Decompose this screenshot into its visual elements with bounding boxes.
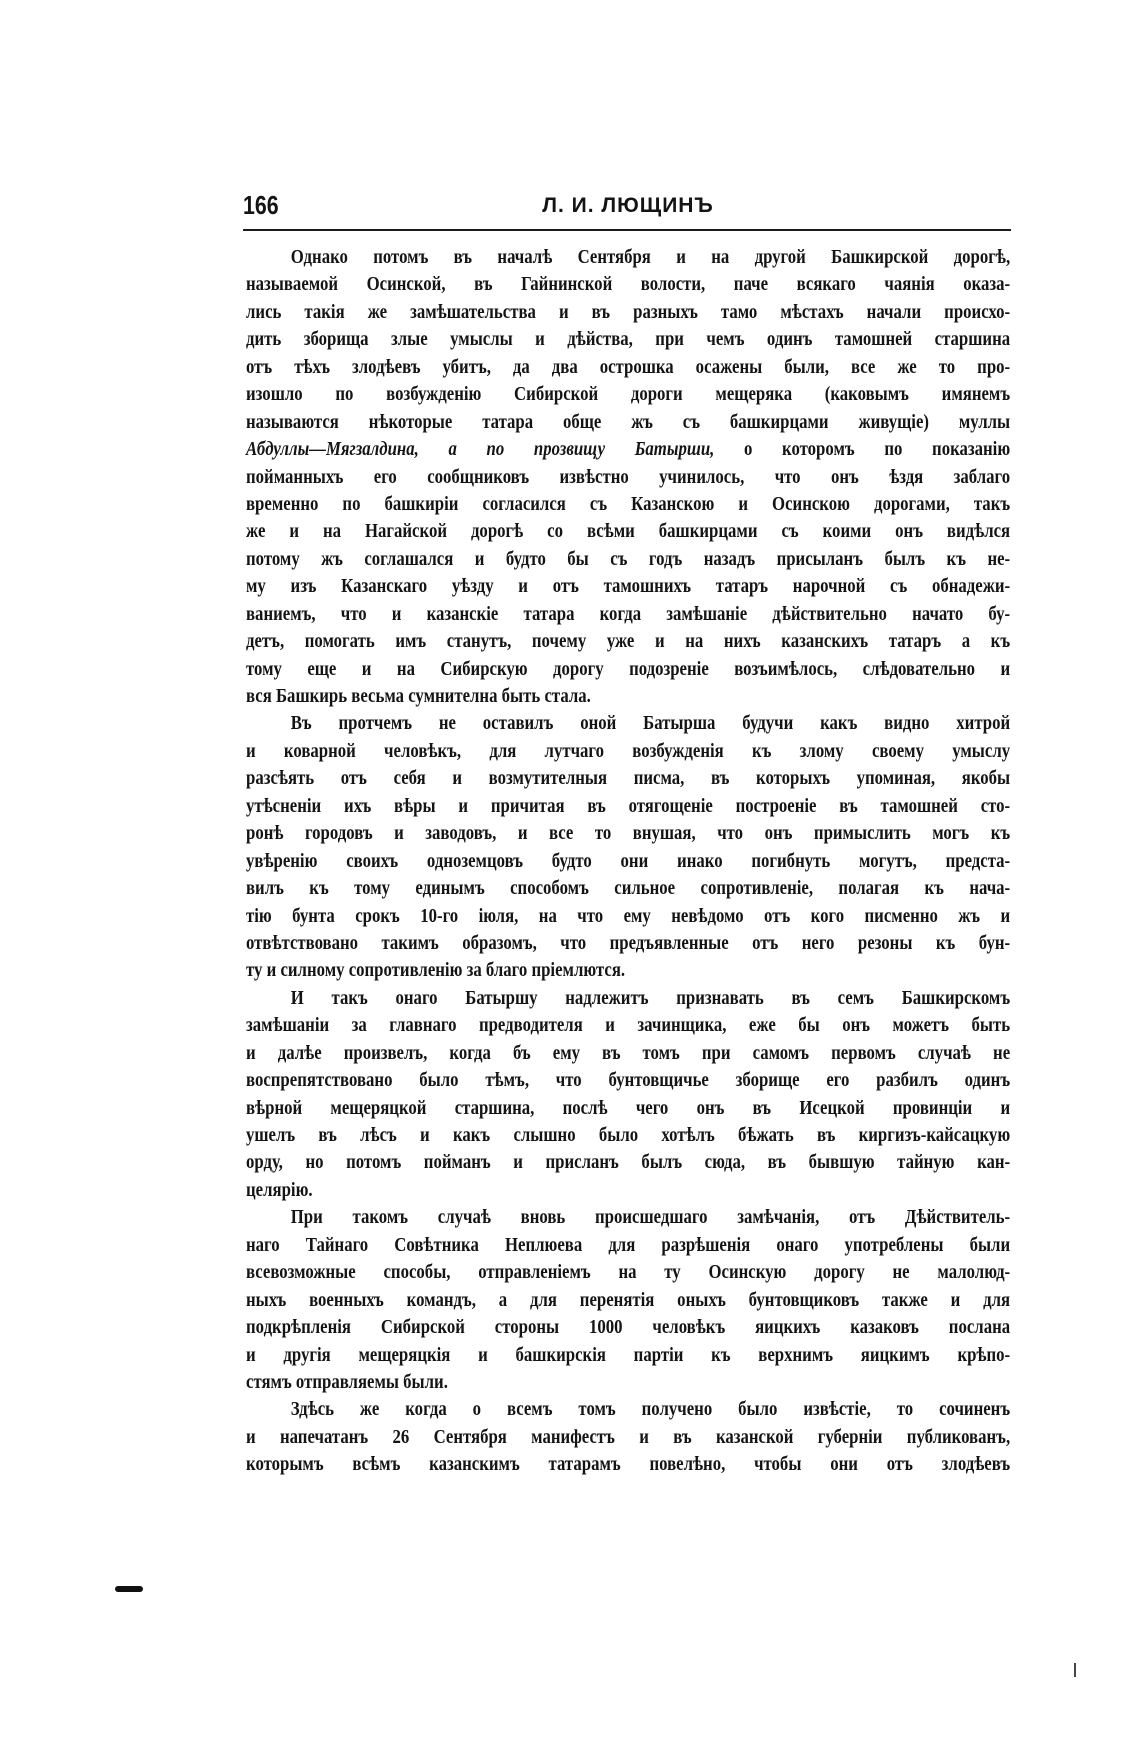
text-line: Однако потомъ въ началѣ Сентября и на др…: [246, 244, 1010, 271]
scan-mark: [1074, 1663, 1076, 1677]
text-line: и коварной человѣкъ, для лутчаго возбужд…: [246, 738, 1010, 765]
text-line: При такомъ случаѣ вновь происшедшаго зам…: [246, 1204, 1010, 1231]
text-line: отвѣтствовано такимъ образомъ, что предъ…: [246, 930, 1010, 957]
text-line: вилъ къ тому единымъ способомъ сильное с…: [246, 875, 1010, 902]
text-line: Въ протчемъ не оставилъ оной Батырша буд…: [246, 710, 1010, 737]
text-line: и напечатанъ 26 Сентября манифестъ и въ …: [246, 1424, 1010, 1451]
text-line: потому жъ соглашался и будто бы съ годъ …: [246, 546, 1010, 573]
text-line: разсѣять отъ себя и возмутителныя писма,…: [246, 765, 1010, 792]
text-line: отъ тѣхъ злодѣевъ убитъ, да два острошка…: [246, 354, 1010, 381]
text-line: временно по башкиріи согласился съ Казан…: [246, 491, 1010, 518]
text-line: орду, но потомъ пойманъ и присланъ былъ …: [246, 1149, 1010, 1176]
text-line: всевозможные способы, отправленіемъ на т…: [246, 1259, 1010, 1286]
text-line: ту и силному сопротивленію за благо пріе…: [246, 957, 1010, 984]
text-line: И такъ онаго Батыршу надлежитъ признават…: [246, 985, 1010, 1012]
text-line: же и на Нагайской дорогѣ со всѣми башкир…: [246, 518, 1010, 545]
scan-mark: [115, 1586, 143, 1592]
text-line: целярію.: [246, 1177, 1010, 1204]
text-line: ушелъ въ лѣсъ и какъ слышно было хотѣлъ …: [246, 1122, 1010, 1149]
text-line: и далѣе произвелъ, когда бъ ему въ томъ …: [246, 1040, 1010, 1067]
text-line: ныхъ военныхъ командъ, а для перенятія о…: [246, 1287, 1010, 1314]
text-line: утѣсненіи ихъ вѣры и причитая въ отягоще…: [246, 793, 1010, 820]
text-line: пойманныхъ его сообщниковъ извѣстно учин…: [246, 464, 1010, 491]
text-line: Здѣсь же когда о всемъ томъ получено был…: [246, 1396, 1010, 1423]
book-page: 166 Л. И. ЛЮЩИНЪ Однако потомъ въ началѣ…: [0, 0, 1140, 1748]
text-line: замѣшаніи за главнаго предводителя и зач…: [246, 1012, 1010, 1039]
text-line: называются нѣкоторые татара обще жъ съ б…: [246, 409, 1010, 436]
text-line: Абдуллы—Мягзалдина, а по прозвищу Батырш…: [246, 436, 1010, 463]
text-line: воспрепятствовано было тѣмъ, что бунтовщ…: [246, 1067, 1010, 1094]
text-line: изошло по возбужденію Сибирской дороги м…: [246, 381, 1010, 408]
text-line: му изъ Казанскаго уѣзду и отъ тамошнихъ …: [246, 573, 1010, 600]
text-run: о которомъ по показанію: [714, 439, 1010, 460]
running-head: Л. И. ЛЮЩИНЪ: [243, 194, 1013, 218]
text-line: стямъ отправляемы были.: [246, 1369, 1010, 1396]
text-line: дить зборища злые умыслы и дѣйства, при …: [246, 326, 1010, 353]
text-line: тію бунта срокъ 10-го іюля, на что ему н…: [246, 903, 1010, 930]
italic-text: Абдуллы—Мягзалдина, а по прозвищу Батырш…: [246, 439, 714, 460]
text-line: вся Башкирь весьма сумнителна быть стала…: [246, 683, 1010, 710]
text-line: ронѣ городовъ и заводовъ, и все то внуша…: [246, 820, 1010, 847]
text-line: вѣрной мещеряцкой старшина, послѣ чего о…: [246, 1095, 1010, 1122]
text-line: подкрѣпленія Сибирской стороны 1000 чело…: [246, 1314, 1010, 1341]
text-line: лись такія же замѣшательства и въ разных…: [246, 299, 1010, 326]
body-text: Однако потомъ въ началѣ Сентября и на др…: [246, 244, 1010, 1479]
text-line: увѣренію своихъ одноземцовъ будто они ин…: [246, 848, 1010, 875]
text-line: и другія мещеряцкія и башкирскія партіи …: [246, 1342, 1010, 1369]
text-line: которымъ всѣмъ казанскимъ татарамъ повел…: [246, 1451, 1010, 1478]
text-line: тому еще и на Сибирскую дорогу подозрені…: [246, 656, 1010, 683]
header-rule: [243, 229, 1011, 231]
text-line: наго Тайнаго Совѣтника Неплюева для разр…: [246, 1232, 1010, 1259]
page-header: 166 Л. И. ЛЮЩИНЪ: [243, 190, 1013, 224]
text-line: ваниемъ, что и казанскіе татара когда за…: [246, 601, 1010, 628]
text-line: детъ, помогать имъ станутъ, почему уже и…: [246, 628, 1010, 655]
text-line: называемой Осинской, въ Гайнинской волос…: [246, 271, 1010, 298]
